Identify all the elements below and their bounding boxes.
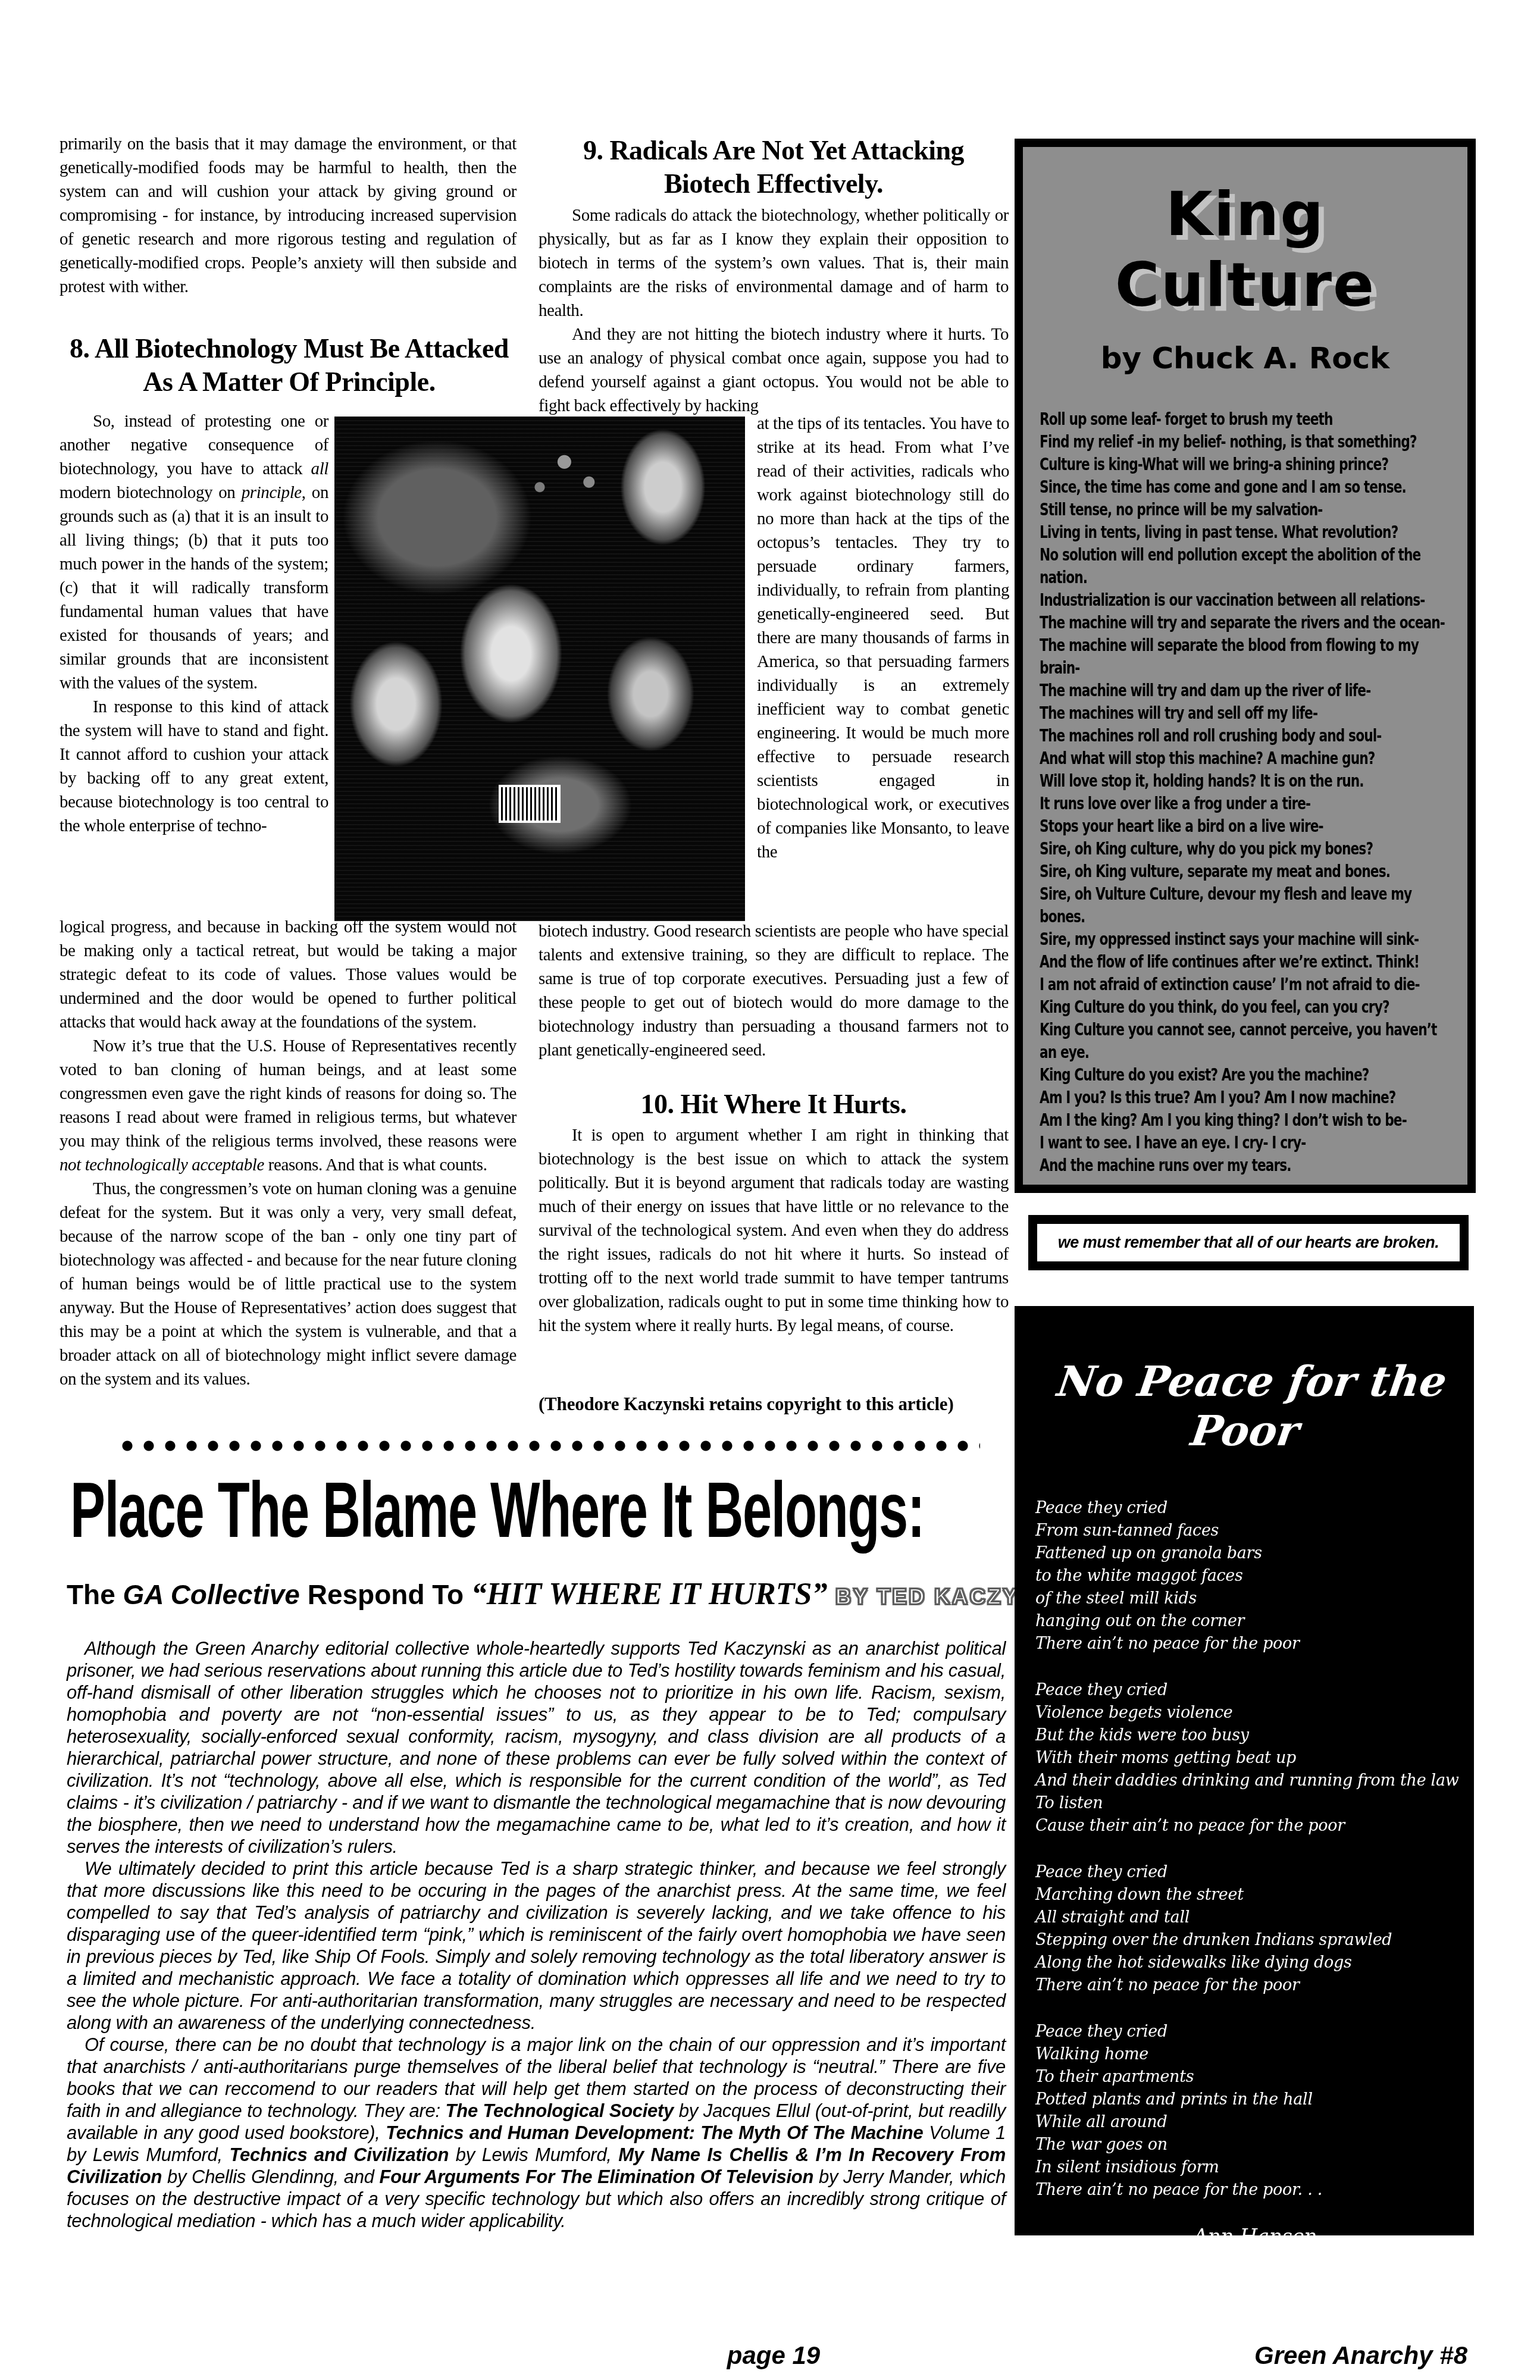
response-title: Place The Blame Where It Belongs: [70, 1465, 924, 1555]
section-9-narrow-column: at the tips of its tentacles. You have t… [757, 412, 1009, 864]
artwork-image [334, 416, 745, 921]
section-9-heading: 9. Radicals Are Not Yet Attacking Biotec… [539, 134, 1009, 201]
king-culture-poem: Roll up some leaf- forget to brush my te… [1040, 408, 1450, 1177]
paragraph: biotech industry. Good research scientis… [539, 919, 1009, 1062]
hearts-banner-text: we must remember that all of our hearts … [1035, 1222, 1461, 1263]
paragraph: Thus, the congressmen’s vote on human cl… [60, 1177, 517, 1391]
section-8-heading: 8. All Biotechnology Must Be Attacked As… [57, 332, 521, 399]
poem-stanza: Peace they criedViolence begets violence… [1035, 1679, 1462, 1837]
no-peace-box: No Peace for the Poor Peace they criedFr… [1015, 1306, 1474, 2235]
poem-attribution-author: - Ann Hansen [1035, 2225, 1462, 2248]
paragraph: at the tips of its tentacles. You have t… [757, 412, 1009, 864]
response-subtitle-prefix: The GA Collective Respond To [67, 1579, 471, 1610]
response-subtitle: The GA Collective Respond To “HIT WHERE … [67, 1577, 1007, 1612]
paragraph: It is open to argument whether I am righ… [539, 1123, 1009, 1338]
response-body: Although the Green Anarchy editorial col… [67, 1637, 1006, 2232]
king-culture-title: King Culture [1040, 179, 1451, 321]
paragraph: Although the Green Anarchy editorial col… [67, 1637, 1006, 1858]
section-8-wide-column: logical progress, and because in backing… [60, 915, 517, 1391]
paragraph: Some radicals do attack the biotechnolog… [539, 203, 1009, 322]
paragraph: primarily on the basis that it may damag… [60, 132, 517, 299]
paragraph: Now it’s true that the U.S. House of Rep… [60, 1034, 517, 1177]
copyright-line: (Theodore Kaczynski retains copyright to… [539, 1393, 1009, 1415]
zine-page: primarily on the basis that it may damag… [0, 0, 1540, 2380]
no-peace-title: No Peace for the Poor [1028, 1357, 1469, 1455]
page-number: page 19 [655, 2341, 893, 2370]
article-intro-paragraph: primarily on the basis that it may damag… [60, 132, 517, 299]
king-culture-box: King Culture by Chuck A. Rock Roll up so… [1015, 139, 1476, 1193]
section-9-wide-column: biotech industry. Good research scientis… [539, 919, 1009, 1062]
barcode-graphic [499, 785, 561, 823]
section-8-narrow-column: So, instead of protesting one or another… [60, 409, 328, 838]
issue-label: Green Anarchy #8 [1131, 2341, 1467, 2370]
hearts-banner: we must remember that all of our hearts … [1028, 1215, 1469, 1270]
response-subtitle-quote: “HIT WHERE IT HURTS” [471, 1577, 828, 1611]
no-peace-poem: Peace they criedFrom sun-tanned facesFat… [1035, 1497, 1462, 2281]
paragraph: Of course, there can be no doubt that te… [67, 2034, 1006, 2232]
poem-stanza: Peace they criedWalking homeTo their apa… [1035, 2021, 1462, 2201]
paragraph: In response to this kind of attack the s… [60, 695, 328, 838]
poem-stanza: Peace they criedFrom sun-tanned facesFat… [1035, 1497, 1462, 1655]
section-10-column: It is open to argument whether I am righ… [539, 1123, 1009, 1338]
section-10-heading: 10. Hit Where It Hurts. [539, 1088, 1009, 1121]
paragraph: logical progress, and because in backing… [60, 915, 517, 1034]
poem-attribution-source: from “Writings of the Vancouver Five” [1035, 2259, 1462, 2281]
king-culture-byline: by Chuck A. Rock [1040, 341, 1451, 375]
paragraph: We ultimately decided to print this arti… [67, 1858, 1006, 2034]
poem-stanza: Peace they criedMarching down the street… [1035, 1861, 1462, 1997]
section-9-top-column: Some radicals do attack the biotechnolog… [539, 203, 1009, 418]
dotted-separator [122, 1440, 980, 1452]
paragraph: So, instead of protesting one or another… [60, 409, 328, 695]
paragraph: And they are not hitting the biotech ind… [539, 322, 1009, 418]
